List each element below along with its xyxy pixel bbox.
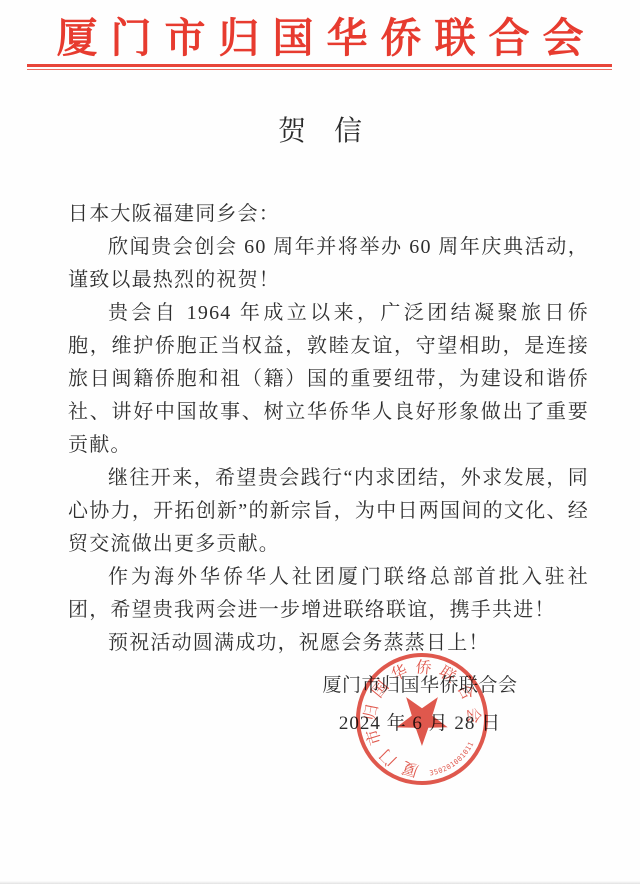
signature-organization: 厦门市归国华侨联合会 [320, 676, 520, 696]
letterhead-rule-thick [27, 64, 612, 67]
signature-date: 2024 年 6 月 28 日 [320, 714, 520, 734]
letter-body: 日本大阪福建同乡会： 欣闻贵会创会 60 周年并将举办 60 周年庆典活动，谨致… [68, 198, 589, 660]
salutation: 日本大阪福建同乡会： [68, 198, 589, 231]
letterhead-organization: 厦门市归国华侨联合会 [0, 5, 640, 64]
signature-block: 厦门市归国华侨联合会 2024 年 6 月 28 日 [320, 676, 520, 734]
body-paragraph: 继往开来，希望贵会践行“内求团结，外求发展，同心协力，开拓创新”的新宗旨，为中日… [68, 462, 589, 561]
letterhead-rule [27, 64, 612, 70]
body-paragraph: 作为海外华侨华人社团厦门联络总部首批入驻社团，希望贵我两会进一步增进联络联谊，携… [68, 561, 589, 627]
body-paragraph: 预祝活动圆满成功，祝愿会务蒸蒸日上！ [68, 627, 589, 660]
letterhead-rule-thin [27, 69, 612, 70]
body-paragraph: 贵会自 1964 年成立以来，广泛团结凝聚旅日侨胞，维护侨胞正当权益，敦睦友谊，… [68, 297, 589, 462]
body-paragraph: 欣闻贵会创会 60 周年并将举办 60 周年庆典活动，谨致以最热烈的祝贺！ [68, 231, 589, 297]
letter-document: 厦门市归国华侨联合会 贺 信 日本大阪福建同乡会： 欣闻贵会创会 60 周年并将… [0, 0, 640, 884]
letter-title: 贺 信 [0, 109, 640, 149]
